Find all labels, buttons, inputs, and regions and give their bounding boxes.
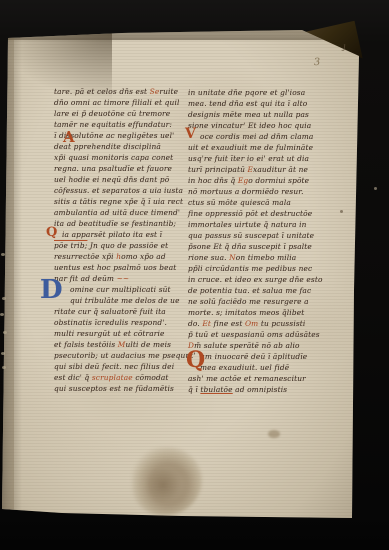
ink-text: sitis a tātis regne xp̄e q̄ ī uia rect — [54, 197, 183, 206]
manuscript-line: ambulantia ad uitā duce timend' — [54, 208, 192, 219]
ink-text: designis mēte mea ut nulla pas — [188, 110, 309, 119]
manuscript-line: nar fit ad deūm ~~ — [54, 274, 192, 285]
ink-text: Jn quo de passiōe et — [87, 241, 168, 250]
manuscript-line: um inuocarē deū ī āplitudīe — [200, 352, 340, 363]
ink-text: qui sibi deū fecit. nec filius dei — [54, 362, 174, 371]
ink-text: ritate cur q̄ saluatorē fuit ita — [54, 307, 166, 316]
rubric-text: Om — [245, 319, 258, 328]
ink-text: lare ei p̄ deuotōne cū tremore — [54, 109, 170, 118]
ink-text: o dormiui spōte — [248, 176, 309, 185]
manuscript-line: qui susceptos est ne fūdamētis — [54, 384, 192, 395]
ink-text: qui tribulāte me delos de ue — [70, 296, 180, 305]
manuscript-line: sitis a tātis regne xp̄e q̄ ī uia rect — [54, 197, 192, 208]
manuscript-line: tare. pā et celos dn̄s est Seruite — [54, 87, 192, 98]
rubric-text: Se — [150, 87, 160, 96]
manuscript-line: lare ei p̄ deuotōne cū tremore — [54, 109, 192, 120]
manuscript-line: qui sibi deū fecit. nec filius dei — [54, 362, 192, 373]
manuscript-line: ritate cur q̄ saluatorē fuit ita — [54, 307, 192, 318]
illuminated-initial-Q: Q — [186, 349, 205, 371]
rubric-text: ~~ — [117, 274, 130, 283]
manuscript-line: q̄ ī tbulatōe ad omnipistis — [188, 385, 340, 396]
manuscript-line: ash' me actōe et remanescitur — [188, 374, 340, 385]
ink-text: ita ad beatitudīe se festinantib; — [54, 219, 176, 228]
manuscript-line: uit et exaudiuit me de fulmināte — [188, 143, 340, 154]
ink-text: et falsis testōiis — [54, 340, 118, 349]
ink-text: mea exaudiuit. uel fidē — [200, 363, 289, 372]
ink-text: q̄ ī — [188, 385, 200, 394]
manuscript-line: et falsis testōiis Multi de meis — [54, 340, 192, 351]
manuscript-line: ctus sū mōte quiescā mala — [188, 198, 340, 209]
ink-text: ne solū faciēdo me resurgere a — [188, 297, 309, 306]
ink-text: morte. s; imitatos meos q̄libet — [188, 308, 304, 317]
illuminated-initial-V: V — [185, 127, 196, 141]
illuminated-initial-Q: Q — [46, 226, 57, 239]
ink-text: sione vincatur' Et ideo hoc quia — [188, 121, 311, 130]
ink-text: obstinatis īcredulis respond'. — [54, 318, 167, 327]
manuscript-line: nō mortuus a dormiēdo resur. — [188, 187, 340, 198]
ink-text: in cruce. et ideo ex surge dn̄e esto — [188, 275, 323, 284]
manuscript-line: fine oppressiō pōt et destructōe — [188, 209, 340, 220]
ink-text: de potentia tua. et salua me fac — [188, 286, 311, 295]
ink-text: fine est — [211, 319, 245, 328]
manuscript-line: designis mēte mea ut nulla pas — [188, 110, 340, 121]
ink-text: oce cordis mei ad dn̄m clama — [200, 132, 313, 141]
ink-text: ad omnipistis — [233, 385, 288, 394]
ink-text: in unitate dn̄e pqore et gl'iosa — [188, 88, 305, 97]
manuscript-line: Dm̄ salute sperātē nō ab alio — [188, 341, 340, 352]
ink-text: dn̄o omni ac timore filiali et quil — [54, 98, 179, 107]
ink-text: cōmodat — [133, 373, 169, 382]
ink-text: uit et exaudiuit me de fulmināte — [188, 143, 313, 152]
manuscript-line: multi resurgūt ut et cōtrarie — [54, 329, 192, 340]
ink-text: regna. una psaltudīe et fauore — [54, 164, 172, 173]
ink-text: do. — [188, 319, 202, 328]
manuscript-line: qua passus sū suscepat ī unitate — [188, 231, 340, 242]
ink-text: multi resurgūt ut et cōtrarie — [54, 329, 165, 338]
ink-text: tu pcussisti — [258, 319, 305, 328]
manuscript-line: in hoc dn̄s q̄ Ego dormiui spōte — [188, 176, 340, 187]
manuscript-line: dn̄o omni ac timore filiali et quil — [54, 98, 192, 109]
ink-text: qua passus sū suscepat ī unitate — [188, 231, 314, 240]
manuscript-line: psecutorib; ut audacius me psequnt' — [54, 351, 192, 362]
ink-text: in hoc dn̄s q̄ — [188, 176, 238, 185]
corner-mark: ȷ — [343, 42, 345, 51]
manuscript-line: p̄ tuū et uespasianū oms adūsātes — [188, 330, 340, 341]
ink-text: tare. pā et celos dn̄s est — [54, 87, 150, 96]
rubric-text: pōe trib; — [54, 241, 87, 250]
manuscript-line: resurrectōe xp̄i homo xp̄o ad — [54, 252, 192, 263]
ink-text: qui susceptos est ne fūdamētis — [54, 384, 174, 393]
manuscript-line: turī principatū Exauditur āt ne — [188, 165, 340, 176]
text-layer: tare. pā et celos dn̄s est Seruitedn̄o o… — [0, 0, 389, 550]
manuscript-line: rione sua. Non timebo milia — [188, 253, 340, 264]
ink-text: immortales uirtute q̄ natura in — [188, 220, 307, 229]
manuscript-line: omine cur multiplicati sūt — [70, 285, 192, 296]
manuscript-line: ne solū faciēdo me resurgere a — [188, 297, 340, 308]
manuscript-line: pōe trib; Jn quo de passiōe et — [54, 241, 192, 252]
rubric-text: Eg — [238, 176, 248, 185]
ink-text: usq're fuit īter io ei' erat ut dia — [188, 154, 309, 163]
rubric-text: scruplatae — [92, 373, 133, 382]
illuminated-initial-A: A — [63, 130, 75, 145]
ink-text: ulti de meis — [126, 340, 172, 349]
manuscript-line: oce cordis mei ad dn̄m clama — [200, 132, 340, 143]
manuscript-line: ita ad beatitudīe se festinantib; — [54, 219, 192, 230]
ink-text: m̄ salute sperātē nō ab alio — [194, 341, 300, 350]
manuscript-photo: tare. pā et celos dn̄s est Seruitedn̄o o… — [0, 0, 389, 550]
ink-text: ctus sū mōte quiescā mala — [188, 198, 291, 207]
manuscript-line: immortales uirtute q̄ natura in — [188, 220, 340, 231]
manuscript-line: in unitate dn̄e pqore et gl'iosa — [188, 88, 340, 99]
illuminated-initial-D: D — [40, 277, 63, 303]
ink-text: uentus est hoc psalmō uos beat — [54, 263, 176, 272]
manuscript-line: usq're fuit īter io ei' erat ut dia — [188, 154, 340, 165]
ink-text: rione sua. — [188, 253, 229, 262]
ink-text: cōfessus. et separatos a uia iusta — [54, 186, 183, 195]
manuscript-line: cōfessus. et separatos a uia iusta — [54, 186, 192, 197]
ink-text: nō mortuus a dormiēdo resur. — [188, 187, 304, 196]
ink-text: est dic' q̄ — [54, 373, 92, 382]
manuscript-line: regna. una psaltudīe et fauore — [54, 164, 192, 175]
ink-text: pp̄li circūdantis me pedibus nec — [188, 264, 312, 273]
manuscript-line: mea. tend dn̄a est qui ita ī alto — [188, 99, 340, 110]
manuscript-line: est dic' q̄ scruplatae cōmodat — [54, 373, 192, 384]
manuscript-line: in cruce. et ideo ex surge dn̄e esto — [188, 275, 340, 286]
ink-text: xauditur āt ne — [253, 165, 308, 174]
rubric-text: Et — [202, 319, 211, 328]
ink-text: nar fit ad deūm — [54, 274, 117, 283]
ink-text: omo xp̄o ad — [121, 252, 166, 261]
ink-text: omine cur multiplicati sūt — [70, 285, 171, 294]
manuscript-line: ia apparsēt pilato ita est ī — [62, 230, 192, 241]
manuscript-line: xp̄i quasi monitoris capa conet — [54, 153, 192, 164]
rubric-text: tbulatōe — [200, 385, 232, 394]
ink-text: uel hodie ei neqū dn̄s dant pō — [54, 175, 169, 184]
rubric-text: M — [118, 340, 126, 349]
rubric-text: N — [229, 253, 236, 262]
ink-text: ia apparsēt pilato ita est ī — [62, 230, 162, 239]
manuscript-line: pp̄li circūdantis me pedibus nec — [188, 264, 340, 275]
ink-text: um inuocarē deū ī āplitudīe — [200, 352, 307, 361]
ink-text: p̄ tuū et uespasianū oms adūsātes — [188, 330, 320, 339]
ink-text: ruite — [159, 87, 178, 96]
manuscript-line: uentus est hoc psalmō uos beat — [54, 263, 192, 274]
manuscript-line: uel hodie ei neqū dn̄s dant pō — [54, 175, 192, 186]
folio-number: 3 — [314, 57, 321, 68]
ink-text: turī principatū — [188, 165, 247, 174]
ink-text: resurrectōe xp̄i — [54, 252, 116, 261]
manuscript-line: do. Et fine est Om tu pcussisti — [188, 319, 340, 330]
ink-text: fine oppressiō pōt et destructōe — [188, 209, 312, 218]
manuscript-line: de potentia tua. et salua me fac — [188, 286, 340, 297]
manuscript-line: morte. s; imitatos meos q̄libet — [188, 308, 340, 319]
ink-text: xp̄i quasi monitoris capa conet — [54, 153, 173, 162]
ink-text: psecutorib; ut audacius me psequnt' — [54, 351, 196, 360]
ink-text: ash' me actōe et remanescitur — [188, 374, 306, 383]
manuscript-line: p̄sone Et q̄ dn̄a suscepit ī psalte — [188, 242, 340, 253]
ink-text: p̄sone Et q̄ dn̄a suscepit ī psalte — [188, 242, 312, 251]
manuscript-line: qui tribulāte me delos de ue — [70, 296, 192, 307]
ink-text: mea. tend dn̄a est qui ita ī alto — [188, 99, 307, 108]
manuscript-line: obstinatis īcredulis respond'. — [54, 318, 192, 329]
ink-text: on timebo milia — [236, 253, 297, 262]
manuscript-line: mea exaudiuit. uel fidē — [200, 363, 340, 374]
ink-text: ambulantia ad uitā duce timend' — [54, 208, 180, 217]
manuscript-line: sione vincatur' Et ideo hoc quia — [188, 121, 340, 132]
